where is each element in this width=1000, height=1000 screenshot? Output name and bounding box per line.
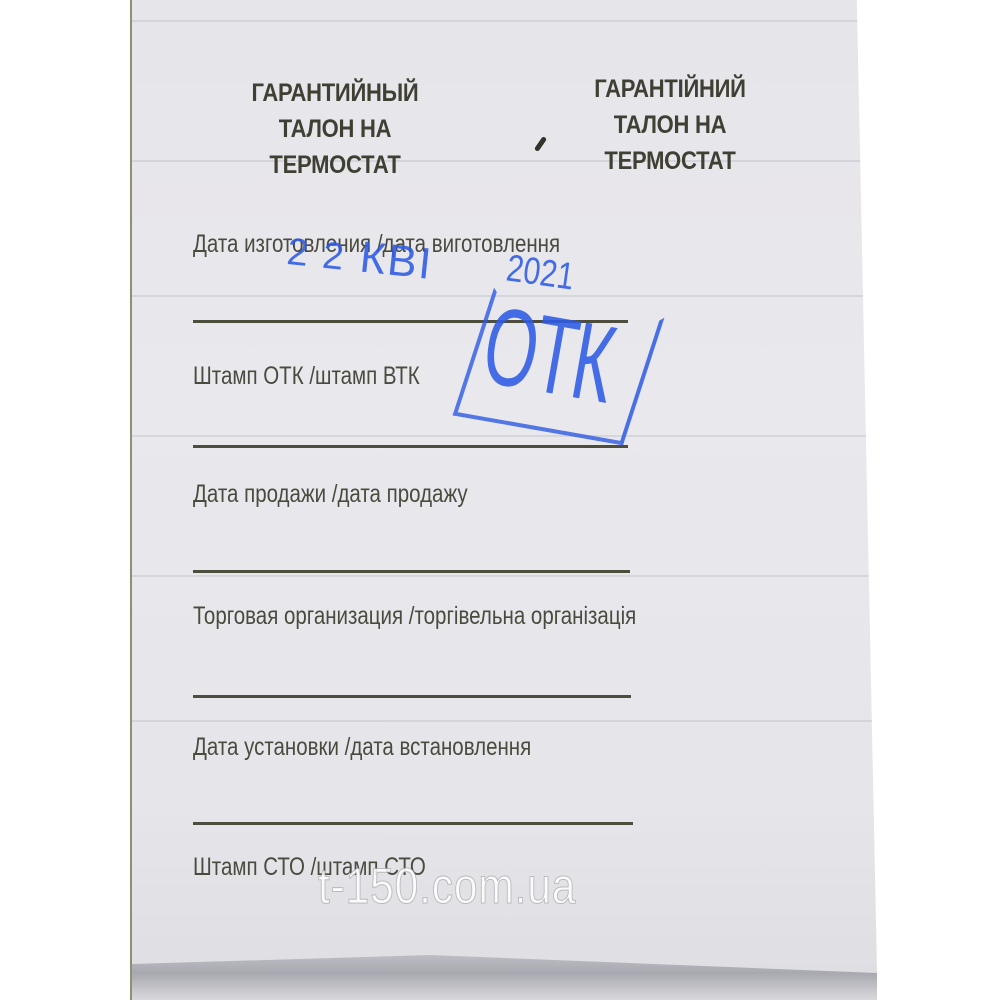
title-line: ТЕРМОСТАТ [203,147,467,183]
field-label-sale-date: Дата продажи /дата продажу [193,480,468,509]
stamp-month: КВІ [358,233,436,289]
bleed-through-line [132,435,877,437]
otk-stamp: ОТК [476,290,620,420]
field-line-trade-organization[interactable] [193,695,631,698]
stamp-day: 2 2 [285,231,348,279]
title-line: ГАРАНТИЙНЫЙ [203,75,467,111]
photo-scene: ГАРАНТИЙНЫЙ ТАЛОН НА ТЕРМОСТАТ ГАРАНТІЙН… [0,0,1000,1000]
bleed-through-line [132,575,877,577]
title-line: ГАРАНТІЙНИЙ [538,71,802,107]
field-line-sale-date[interactable] [193,570,630,573]
field-line-installation-date[interactable] [193,822,633,825]
field-line-otk-stamp[interactable] [193,445,628,448]
title-line: ТАЛОН НА [538,107,802,143]
title-line: ТЕРМОСТАТ [538,143,802,179]
title-ukrainian: ГАРАНТІЙНИЙ ТАЛОН НА ТЕРМОСТАТ [538,71,802,179]
field-label-otk-stamp: Штамп ОТК /штамп ВТК [193,362,420,391]
watermark: t-150.com.ua [318,857,576,915]
title-line: ТАЛОН НА [203,111,467,147]
field-label-trade-organization: Торговая организация /торгівельна органі… [193,602,636,631]
bleed-through-line [132,20,877,22]
title-russian: ГАРАНТИЙНЫЙ ТАЛОН НА ТЕРМОСТАТ [203,75,467,183]
bleed-through-line [132,720,877,722]
field-label-installation-date: Дата установки /дата встановлення [193,733,531,762]
